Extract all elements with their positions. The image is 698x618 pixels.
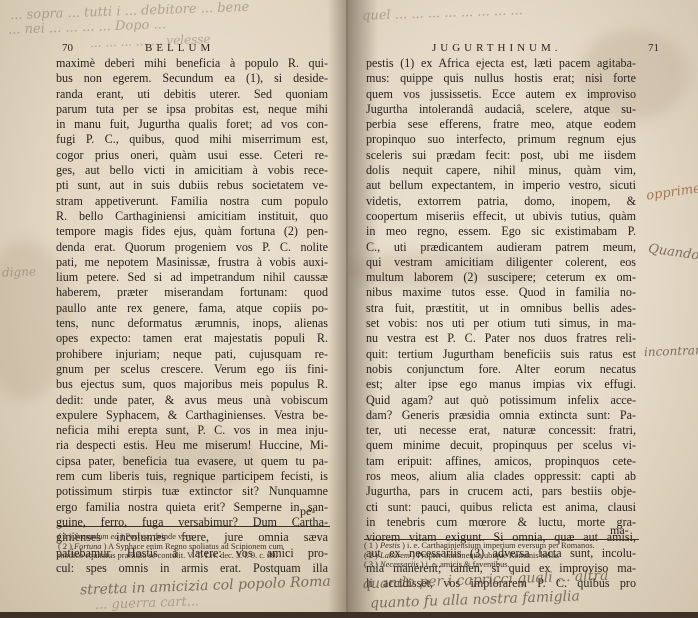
text-line: paullo ante rex genere, fama, atque copi… [56,301,328,316]
text-line: quem vos jussissetis. Ecce autem ex impr… [366,87,636,102]
text-line: mus: quippe quis nullus hostis erat; nis… [366,71,636,86]
text-line: propinquo suo interfecto, primum regnum … [366,132,636,147]
text-line: bus ejectus sum, quos majoribus meis pop… [56,377,328,392]
text-line: tempore magis fides ejus, quàm fortuna (… [56,224,328,239]
footnote-rule [58,526,330,527]
text-line: cti sunt: pauci, quibus relicta est anim… [366,500,636,515]
text-line: tam eripuit: affines, amicos, propinquos… [366,454,636,469]
page-number: 71 [648,42,659,54]
text-line: coopertum miseriis effecit, ut ubivis tu… [366,209,636,224]
text-line: prohibere injuriam; neque pati, cujusqua… [56,347,328,362]
text-line: pestis (1) ex Africa ejecta est, læti pa… [366,56,636,71]
footnote-1: ( 1 ) Pestis ) i. e. Carthaginiensium im… [364,541,595,551]
text-line: R. bello Carthaginiensi amicitiam instit… [56,209,328,224]
footnote-3: ( 3 ) Necessariis ) i. e. amicis & faven… [364,560,595,570]
text-line: ergo familia nostra quieta erit? Sempern… [56,500,328,515]
text-line: lium petere. Sed si ad impetrandum nihil… [56,270,328,285]
footnote-2: ( 2 ) Laborem ) Propter imminentia ubiqu… [364,551,595,561]
text-line: nibus maxime tutos esse. Quod in familia… [366,285,636,300]
margin-handwriting-2: Quando [647,242,698,264]
footnote-2-cont: modico equitatus præsidio se contulit. V… [58,551,283,561]
text-line: Quid agam? aut quò potissimum infelix ac… [366,393,636,408]
text-line: opes expecto: tamen erat majestatis popu… [56,331,328,346]
text-line: aut bellum expectantem, in imperio vestr… [366,178,636,193]
text-line: dedit: unde pater, & avus meus unà vobis… [56,393,328,408]
top-handwriting: quel ... ... ... ... ... ... ... ... [362,3,523,24]
footnote-2: ( 2 ) Fortuna ) A Syphace enim Regno spo… [58,542,283,552]
text-line: expulere Syphacem, & Carthaginienses. Ve… [56,408,328,423]
text-line: quem minime decuit, propinquus per scelu… [366,438,636,453]
text-line: dam? Generis præsidia omnia extincta sun… [366,408,636,423]
text-line: sceleris sui prædam fecit: post, ubi me … [366,148,636,163]
running-head: BELLUM [145,42,214,54]
text-line: multum laborem (2) suscipere; ceterum ex… [366,270,636,285]
right-body-text: pestis (1) ex Africa ejecta est, læti pa… [366,56,636,591]
margin-handwriting-3: incontrare [644,343,698,359]
text-line: videtis, extorrem patria, domo, inopem, … [366,194,636,209]
text-line: potissimum stirpis tuæ extinctor sit? Nu… [56,484,328,499]
open-book: ... sopra ... tutti i ... debitore ... b… [0,0,698,618]
margin-handwriting-1: opprimere [645,179,698,203]
text-line: tens, nunc deformatus ærumnis, inops, al… [56,316,328,331]
text-line: stra fuit, præstitit, ut in omnibus bell… [366,301,636,316]
bottom-handwriting-line-2: quanto fu alla nostra famiglia [370,588,580,611]
text-line: ria despecti estis. Heu me miserum! Hucc… [56,438,328,453]
text-line: gnum per scelus crescere. Verum ego iis … [56,362,328,377]
text-line: pati, me nepotem Masinissæ, frustra à vo… [56,255,328,270]
text-line: cogor prius oneri, quàm usui esse. Ceter… [56,148,328,163]
footnotes: ( 1 ) Secundum ea ) Post ea, deinde vero… [58,532,283,561]
catchword: pe- [300,504,315,519]
text-line: cipsa pater, beneficia tua evasere, ut q… [56,454,328,469]
text-line: bus non egerem. Secundum ea (1), si desi… [56,71,328,86]
footnote-rule [364,539,639,540]
text-line: cul: spes omnis in armis erat. Postquam … [56,561,328,576]
text-line: parum tuta per se ipsa probitas est, neq… [56,102,328,117]
text-line: ges, aut bello victi in amicitiam à vobi… [56,163,328,178]
text-line: Jugurtha intolerandâ audaciâ, scelere, a… [366,102,636,117]
left-body-text: maximè deberi mihi beneficia à populo R.… [56,56,328,576]
left-page: ... sopra ... tutti i ... debitore ... b… [0,0,348,612]
text-line: C., uti prædicantem audieram patrem meum… [366,240,636,255]
footnote-1: ( 1 ) Secundum ea ) Post ea, deinde vero… [58,532,283,542]
text-line: est; alter ipse ego manus impias vix eff… [366,377,636,392]
text-line: set vobis: nos uti per otium tuti simus,… [366,316,636,331]
text-line: Jugurtha, pars in crucem acti, pars best… [366,484,636,499]
text-line: rem cum liberis tuis, regnique participe… [56,469,328,484]
text-line: fugi P. C., quibus, quod mihi miserrimum… [56,132,328,147]
running-head: JUGURTHINUM. [432,42,562,54]
text-line: neficia mihi erepta sunt, P. C. vos in m… [56,423,328,438]
bottom-handwriting-line-1: stretta in amicizia col popolo Roma [80,574,331,599]
text-line: denda erat. Quorum progeniem vos P. C. n… [56,240,328,255]
text-line: quit: tertium Jugurtham beneficiis suis … [366,347,636,362]
right-page: quel ... ... ... ... ... ... ... ... JUG… [348,0,698,612]
text-line: randa erant, uti debitis uterer. Sed quo… [56,87,328,102]
text-line: nobis conjunctum fore. Alter eorum necat… [366,362,636,377]
page-number: 70 [62,42,73,54]
bottom-handwriting-line-2: ... guerra cart... [95,594,200,612]
footnotes: ( 1 ) Pestis ) i. e. Carthaginiensium im… [364,541,595,570]
text-line: qui vestram amicitiam diligenter coleren… [366,255,636,270]
text-line: pti sunt, aut in suis dubiis rebus socie… [56,178,328,193]
text-line: stram appetiverunt. Familia nostra cum p… [56,194,328,209]
text-line: guine, ferro, fuga versabimur? Dum Carth… [56,515,328,530]
text-line: in tenebris cum mœrore & luctu, morte gr… [366,515,636,530]
text-line: maximè deberi mihi beneficia à populo R.… [56,56,328,71]
text-line: nu vestra est P. C. Pater nos duos fratr… [366,331,636,346]
text-line: haberem, præter miserandam fortunam: quo… [56,285,328,300]
text-line: perbia sese efferens, fratre meo, atque … [366,117,636,132]
text-line: ros meos, alium alia clades oppressit: c… [366,469,636,484]
text-line: dolis nequit capere, nihil minus, quàm v… [366,163,636,178]
text-line: in manu fuit, Jugurtha qualis foret; ad … [56,117,328,132]
text-line: ter, uti necesse erat, naturæ concessit:… [366,423,636,438]
catchword: ma- [610,523,629,538]
text-line: in meo regno, essem. Ego sic existimabam… [366,224,636,239]
margin-handwriting: digne [2,264,36,279]
